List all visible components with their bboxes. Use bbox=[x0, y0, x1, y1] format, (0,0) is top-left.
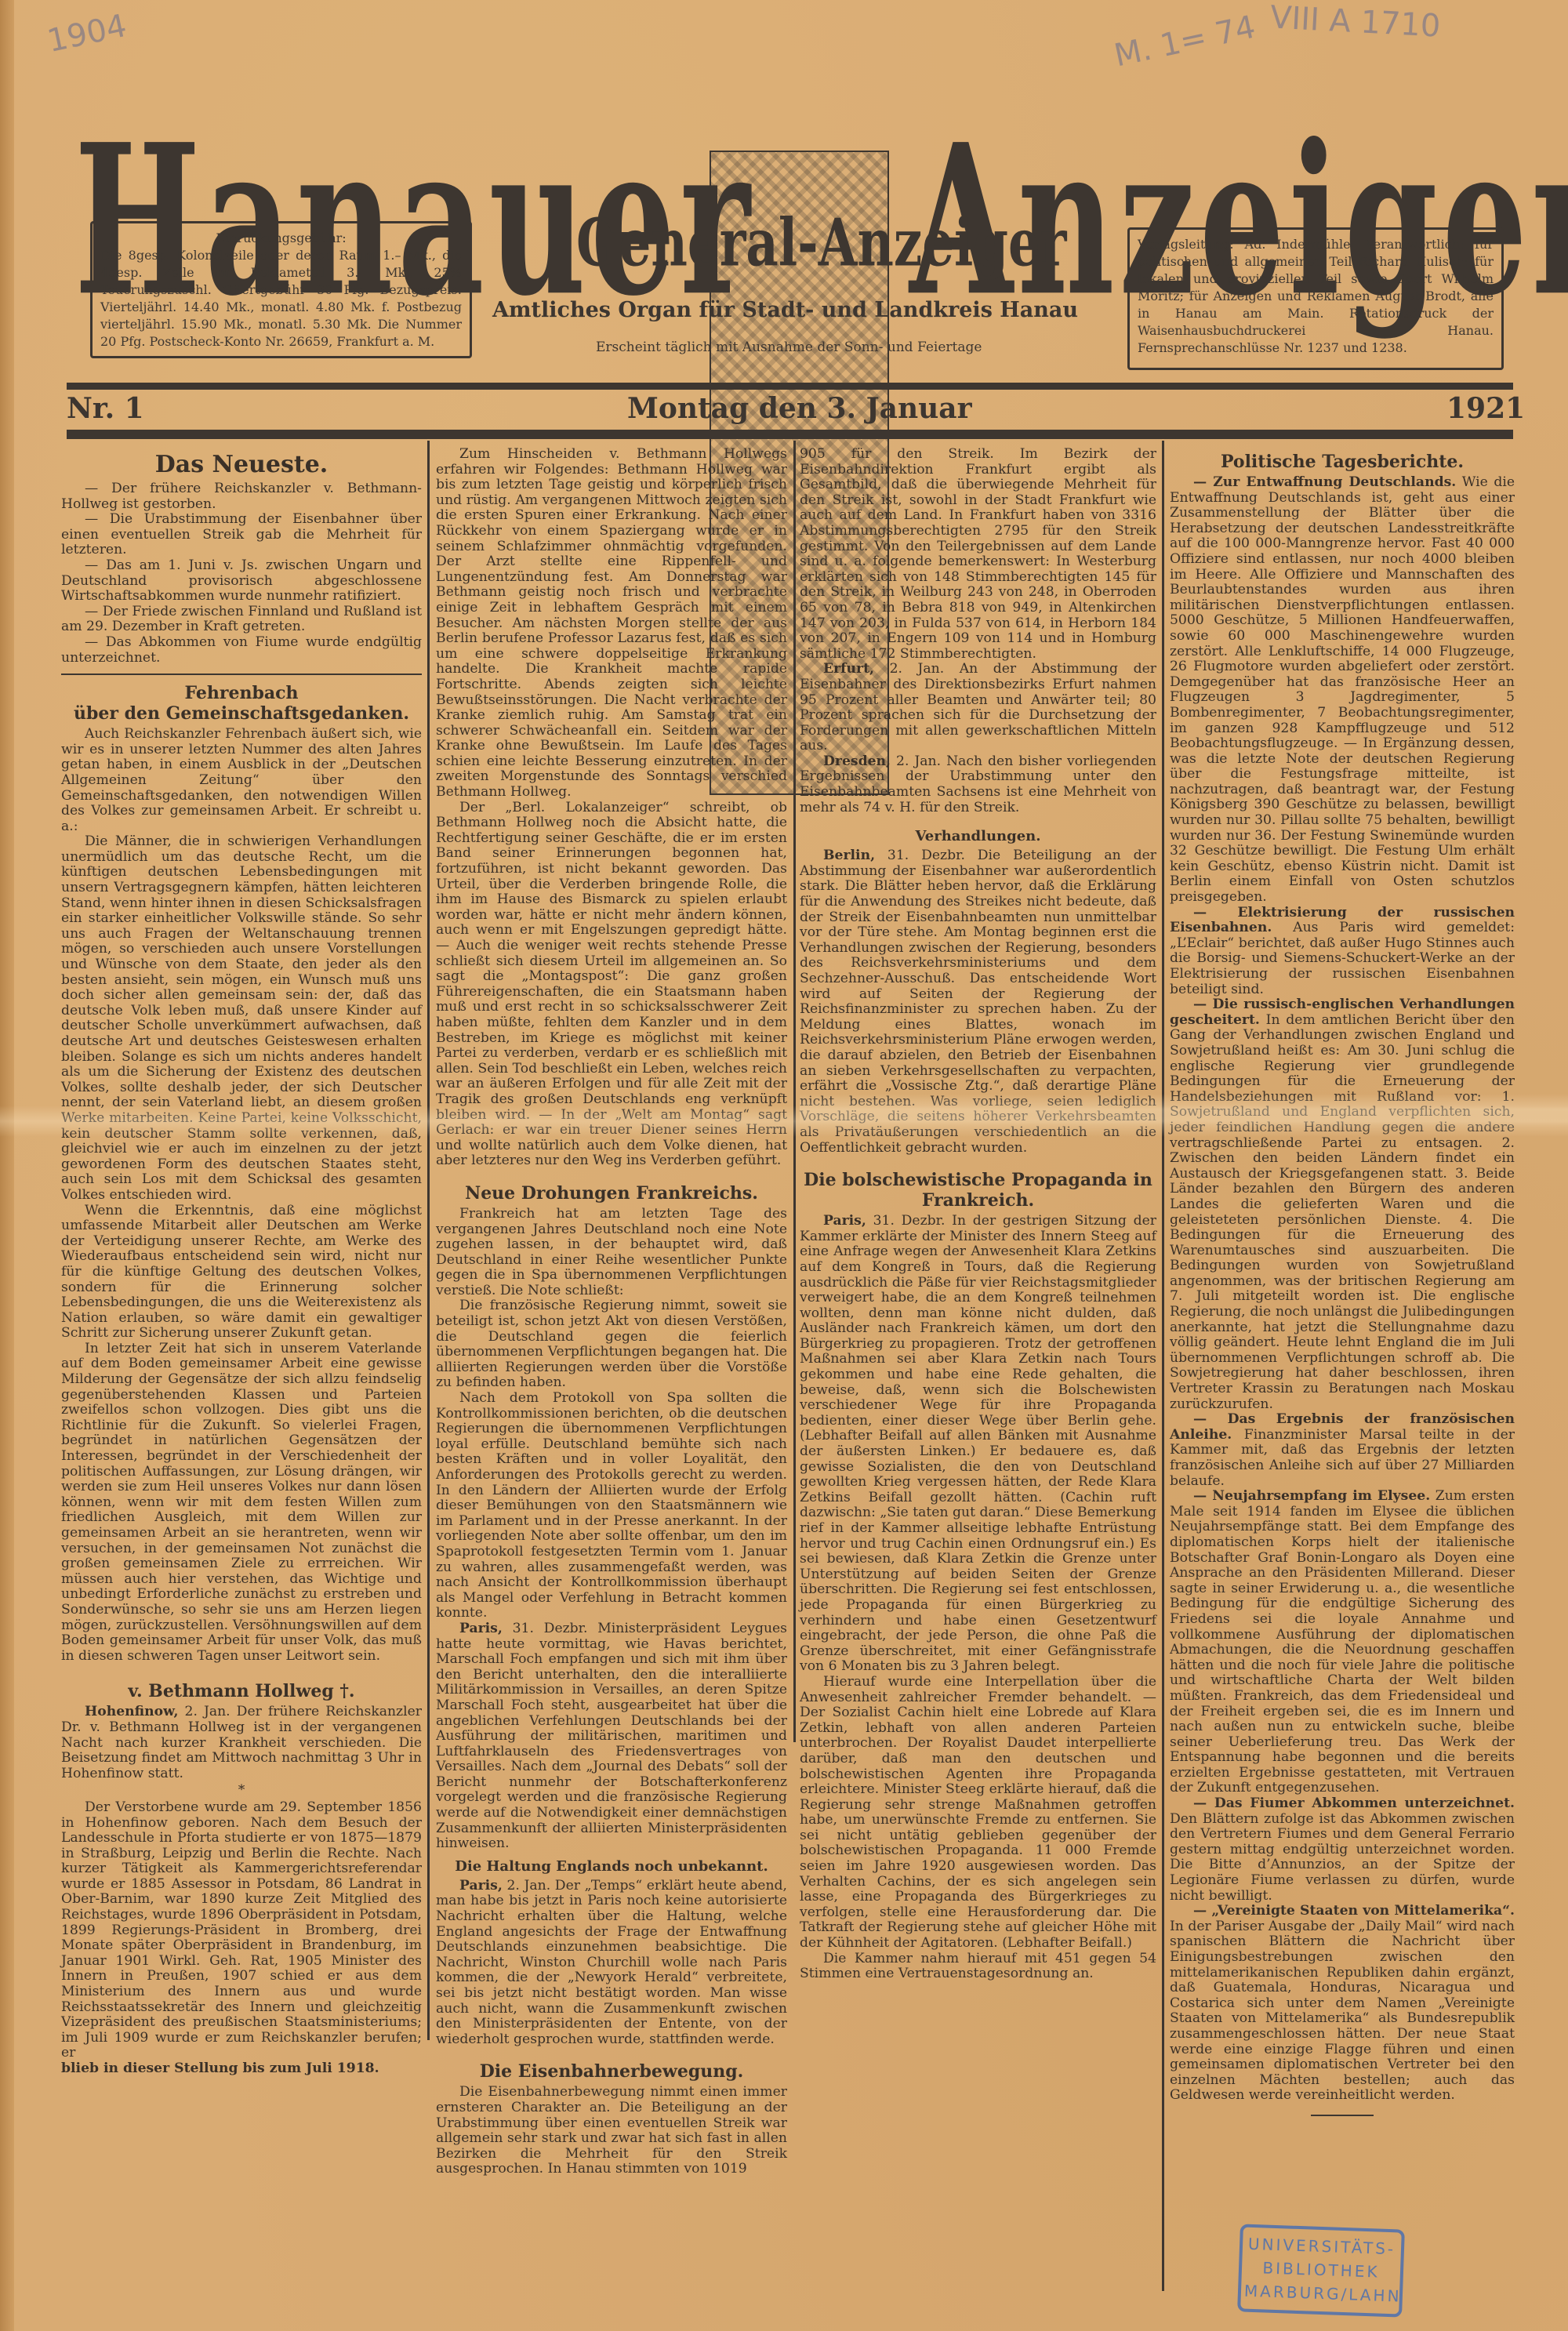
article-paragraph: Die Männer, die in schwierigen Verhandlu… bbox=[61, 834, 422, 1203]
article-paragraph: 905 für den Streik. Im Bezirk der Eisenb… bbox=[800, 447, 1156, 662]
masthead-rule bbox=[67, 383, 1513, 390]
column-rule bbox=[793, 441, 796, 1742]
article-paragraph: Auch Reichskanzler Fehrenbach äußert sic… bbox=[61, 727, 422, 834]
dateline: Dresden, bbox=[823, 753, 891, 769]
column-rule bbox=[427, 441, 430, 2040]
report-text: In der Pariser Ausgabe der „Daily Mail“ … bbox=[1170, 1919, 1515, 2104]
obituary-paragraph: Hohenfinow, 2. Jan. Der frühere Reichska… bbox=[61, 1705, 422, 1781]
report-lead: — „Vereinigte Staaten von Mittelamerika“… bbox=[1193, 1903, 1515, 1919]
report-item: — Das Fiumer Abkommen unterzeichnet. Den… bbox=[1170, 1796, 1515, 1904]
report-item: — „Vereinigte Staaten von Mittelamerika“… bbox=[1170, 1904, 1515, 2104]
article-paragraph: Paris, 31. Dezbr. In der gestrigen Sitzu… bbox=[800, 1214, 1156, 1675]
publisher-info-text: Verlagsleitung: Ad. Indermühle. Verantwo… bbox=[1138, 236, 1494, 357]
page-edge bbox=[0, 0, 14, 2331]
handwritten-note-shelfmark: VIII A 1710 bbox=[1269, 0, 1441, 45]
section-asterisk: * bbox=[61, 1783, 422, 1799]
news-item: — Der Friede zwischen Finnland und Rußla… bbox=[61, 605, 422, 635]
heading-politische-tagesberichte: Politische Tagesberichte. bbox=[1170, 452, 1515, 472]
heading-haltung-englands: Die Haltung Englands noch unbekannt. bbox=[436, 1858, 787, 1875]
article-paragraph: Zum Hinscheiden v. Bethmann Hollwegs erf… bbox=[436, 447, 787, 801]
end-divider bbox=[1311, 2115, 1374, 2116]
article-paragraph: Frankreich hat am letzten Tage des verga… bbox=[436, 1207, 787, 1299]
article-text: 2. Jan. Der „Temps“ erklärt heute abend,… bbox=[436, 1878, 787, 2047]
news-item: — Der frühere Reichskanzler v. Bethmann-… bbox=[61, 481, 422, 512]
handwritten-note-number: M. 1= 74 bbox=[1111, 9, 1258, 74]
report-item: — Elektrisierung der russischen Eisenbah… bbox=[1170, 906, 1515, 998]
report-text: In dem amtlichen Bericht über den Gang d… bbox=[1170, 1012, 1515, 1412]
article-paragraph: Dresden, 2. Jan. Nach den bisher vorlieg… bbox=[800, 754, 1156, 815]
report-text: Den Blättern zufolge ist das Abkommen zw… bbox=[1170, 1811, 1515, 1904]
article-paragraph: Erfurt, 2. Jan. An der Abstimmung der Ei… bbox=[800, 662, 1156, 754]
column-rule bbox=[1162, 441, 1164, 2291]
report-lead: — Neujahrsempfang im Elysee. bbox=[1193, 1488, 1430, 1504]
report-item: — Neujahrsempfang im Elysee. Zum ersten … bbox=[1170, 1489, 1515, 1796]
report-text: Zum ersten Male seit 1914 fanden im Elys… bbox=[1170, 1488, 1515, 1795]
issue-year: 1921 bbox=[1446, 392, 1525, 425]
heading-eisenbahnerbewegung: Die Eisenbahnerbewegung. bbox=[436, 2061, 787, 2082]
issue-number: Nr. 1 bbox=[67, 392, 144, 425]
report-item: — Das Ergebnis der französischen Anleihe… bbox=[1170, 1412, 1515, 1489]
report-item: — Die russisch-englischen Verhandlungen … bbox=[1170, 997, 1515, 1412]
news-item: — Die Urabstimmung der Eisenbahner über … bbox=[61, 512, 422, 558]
dateline: Paris, bbox=[459, 1878, 503, 1893]
report-text: Wie die Entwaffnung Deutschlands ist, ge… bbox=[1170, 474, 1515, 905]
article-paragraph: Paris, 31. Dezbr. Ministerpräsident Leyg… bbox=[436, 1621, 787, 1852]
article-paragraph: Wenn die Erkenntnis, daß eine möglichst … bbox=[61, 1204, 422, 1342]
heading-fehrenbach: Fehrenbach bbox=[61, 683, 422, 703]
dateline: Erfurt, bbox=[823, 661, 874, 677]
section-divider bbox=[61, 674, 422, 675]
heading-bolschewistische-propaganda: Die bolschewistische Propaganda in Frank… bbox=[800, 1170, 1156, 1211]
report-lead: — Das Fiumer Abkommen unterzeichnet. bbox=[1193, 1795, 1515, 1811]
dateline: Paris, bbox=[459, 1621, 503, 1636]
dateline: Berlin, bbox=[823, 848, 875, 863]
heading-verhandlungen: Verhandlungen. bbox=[800, 828, 1156, 845]
heading-neue-drohungen: Neue Drohungen Frankreichs. bbox=[436, 1183, 787, 1204]
article-paragraph: Die Kammer nahm hierauf mit 451 gegen 54… bbox=[800, 1952, 1156, 1982]
article-paragraph: In letzter Zeit hat sich in unserem Vate… bbox=[61, 1342, 422, 1664]
issue-rule bbox=[67, 430, 1513, 439]
heading-bethmann-hollweg: v. Bethmann Hollweg †. bbox=[61, 1681, 422, 1701]
handwritten-note-year: 1904 bbox=[44, 8, 129, 60]
report-lead: — Zur Entwaffnung Deutschlands. bbox=[1193, 474, 1456, 490]
library-stamp: UNIVERSITÄTS- BIBLIOTHEK MARBURG/LAHN bbox=[1237, 2224, 1405, 2317]
article-paragraph: Paris, 2. Jan. Der „Temps“ erklärt heute… bbox=[436, 1879, 787, 2048]
heading-fehrenbach-sub: über den Gemeinschaftsgedanken. bbox=[61, 703, 422, 724]
biography-end-text: blieb in dieser Stellung bis zum Juli 19… bbox=[61, 2061, 379, 2076]
stamp-line: MARBURG/LAHN bbox=[1244, 2279, 1397, 2308]
column-3: 905 für den Streik. Im Bezirk der Eisenb… bbox=[800, 447, 1156, 1982]
heading-das-neueste: Das Neueste. bbox=[61, 452, 422, 478]
dateline: Hohenfinow, bbox=[85, 1704, 178, 1719]
masthead-subtitle: General-Anzeiger bbox=[576, 205, 1066, 282]
biography-paragraph: Der Verstorbene wurde am 29. September 1… bbox=[61, 1800, 422, 2061]
issue-date: Montag den 3. Januar bbox=[627, 392, 972, 425]
article-paragraph: Nach dem Protokoll von Spa sollten die K… bbox=[436, 1391, 787, 1621]
news-item: — Das am 1. Juni v. Js. zwischen Ungarn … bbox=[61, 558, 422, 605]
publication-frequency: Erscheint täglich mit Ausnahme der Sonn-… bbox=[596, 339, 982, 355]
column-1: Das Neueste. — Der frühere Reichskanzler… bbox=[61, 447, 422, 2077]
biography-end: blieb in dieser Stellung bis zum Juli 19… bbox=[61, 2061, 422, 2077]
advertising-rates-text: Die 8gesp. Kolonelzeile oder deren Raum … bbox=[100, 247, 462, 350]
advertising-rates-box: Einrückungsgebühr: Die 8gesp. Kolonelzei… bbox=[90, 221, 472, 358]
article-paragraph: Die französische Regierung nimmt, soweit… bbox=[436, 1298, 787, 1391]
publisher-info-box: Verlagsleitung: Ad. Indermühle. Verantwo… bbox=[1127, 227, 1504, 370]
column-4: Politische Tagesberichte. — Zur Entwaffn… bbox=[1170, 447, 1515, 2127]
article-text: 31. Dezbr. Ministerpräsident Leygues hat… bbox=[436, 1621, 787, 1851]
article-paragraph: Die Eisenbahnerbewegung nimmt einen imme… bbox=[436, 2085, 787, 2177]
column-2: Zum Hinscheiden v. Bethmann Hollwegs erf… bbox=[436, 447, 787, 2177]
masthead-organ-line: Amtliches Organ für Stadt- und Landkreis… bbox=[492, 298, 1078, 322]
dateline: Paris, bbox=[823, 1213, 866, 1229]
news-item: — Das Abkommen von Fiume wurde endgültig… bbox=[61, 635, 422, 666]
article-text: 31. Dezbr. In der gestrigen Sitzung der … bbox=[800, 1213, 1156, 1674]
paper-crease bbox=[800, 1094, 1568, 1125]
article-paragraph: Hierauf wurde eine Interpellation über d… bbox=[800, 1675, 1156, 1952]
advertising-rates-title: Einrückungsgebühr: bbox=[100, 230, 462, 247]
report-item: — Zur Entwaffnung Deutschlands. Wie die … bbox=[1170, 475, 1515, 906]
